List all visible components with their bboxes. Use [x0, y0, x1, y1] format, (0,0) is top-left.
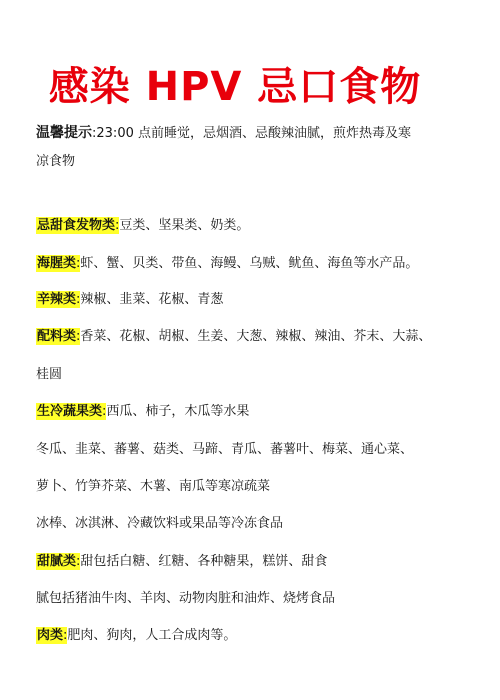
category-items: 辣椒、韭菜、花椒、青葱	[80, 292, 223, 307]
category-label: 海腥类	[37, 256, 76, 271]
category-label: 配料类	[37, 329, 76, 344]
category-label-highlight: 生冷蔬果类:	[36, 403, 106, 420]
category-label: 生冷蔬果类	[37, 404, 102, 419]
category-label-highlight: 辛辣类:	[36, 291, 80, 308]
category-label-highlight: 海腥类:	[36, 255, 80, 272]
category-items: 豆类、坚果类、奶类。	[119, 218, 249, 233]
category-label: 甜腻类	[37, 554, 76, 569]
category-items: 西瓜、柿子，木瓜等水果	[106, 404, 249, 419]
category-seafood: 海腥类:虾、蟹、贝类、带鱼、海鳗、乌贼、鱿鱼、海鱼等水产品。	[36, 255, 418, 273]
category-cold-produce-continuation-1: 冬瓜、韭菜、蕃薯、菇类、马蹄、青瓜、蕃薯叶、梅菜、通心菜、	[36, 441, 413, 459]
tip-line-2: 凉食物	[36, 153, 75, 171]
tip-label: 温馨提示	[36, 125, 92, 141]
category-condiments: 配料类:香菜、花椒、胡椒、生姜、大葱、辣椒、辣油、芥末、大蒜、	[36, 328, 431, 346]
category-cold-produce-continuation-2: 萝卜、竹笋芥菜、木薯、南瓜等寒凉疏菜	[36, 478, 270, 496]
category-cold-produce: 生冷蔬果类:西瓜、柿子，木瓜等水果	[36, 403, 249, 421]
category-label-highlight: 甜腻类:	[36, 553, 80, 570]
category-label-highlight: 肉类:	[36, 627, 67, 644]
page-title: 感染 HPV 忌口食物	[0, 62, 470, 112]
category-sweet-hair: 忌甜食发物类:豆类、坚果类、奶类。	[36, 217, 249, 235]
category-label: 辛辣类	[37, 292, 76, 307]
category-sweet-greasy-continuation: 腻包括猪油牛肉、羊肉、动物肉脏和油炸、烧烤食品	[36, 590, 335, 608]
category-label: 忌甜食发物类	[37, 218, 115, 233]
tip-line-1: 温馨提示:23:00 点前睡觉，忌烟酒、忌酸辣油腻，煎炸热毒及寒	[36, 124, 411, 143]
category-label-highlight: 配料类:	[36, 328, 80, 345]
category-sweet-greasy: 甜腻类:甜包括白糖、红糖、各种糖果，糕饼、甜食	[36, 553, 327, 571]
category-items: 肥肉、狗肉，人工合成肉等。	[67, 628, 236, 643]
category-items: 香菜、花椒、胡椒、生姜、大葱、辣椒、辣油、芥末、大蒜、	[80, 329, 431, 344]
category-cold-produce-continuation-3: 冰棒、冰淇淋、冷藏饮料或果品等冷冻食品	[36, 515, 283, 533]
category-condiments-continuation: 桂圆	[36, 366, 62, 384]
tip-text: 23:00 点前睡觉，忌烟酒、忌酸辣油腻，煎炸热毒及寒	[96, 126, 411, 141]
category-spicy: 辛辣类:辣椒、韭菜、花椒、青葱	[36, 291, 223, 309]
category-label: 肉类	[37, 628, 63, 643]
category-items: 甜包括白糖、红糖、各种糖果，糕饼、甜食	[80, 554, 327, 569]
category-items: 虾、蟹、贝类、带鱼、海鳗、乌贼、鱿鱼、海鱼等水产品。	[80, 256, 418, 271]
category-meat: 肉类:肥肉、狗肉，人工合成肉等。	[36, 627, 236, 645]
category-label-highlight: 忌甜食发物类:	[36, 217, 119, 234]
